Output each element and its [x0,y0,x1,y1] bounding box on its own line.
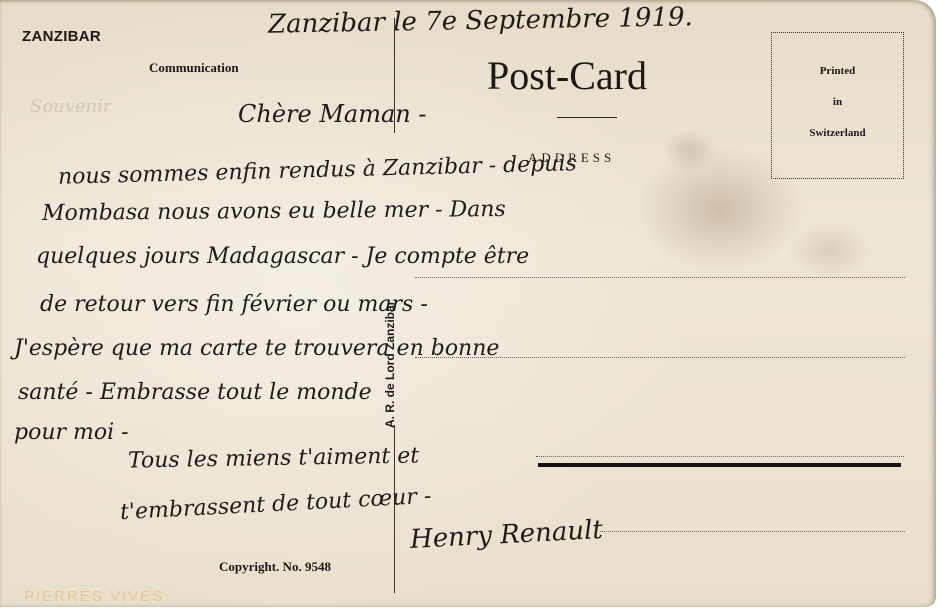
stamp-text-printed: Printed [772,65,903,77]
publisher-imprint: A. R. de Lord Zanzibar [383,301,397,428]
postcard-title: Post-Card [487,52,647,99]
country-rule [538,463,901,467]
handwritten-signature: Henry Renault [409,515,603,555]
handwritten-body-line: pour moi - [14,420,129,445]
stamp-text-in: in [772,96,903,108]
communication-label: Communication [149,60,239,76]
copyright-notice: Copyright. No. 9548 [219,559,331,575]
handwritten-dateline: Zanzibar le 7e Septembre 1919. [268,2,693,39]
address-line [415,277,905,278]
title-rule [557,117,617,118]
stamp-text-country: Switzerland [772,127,903,139]
handwritten-body-line: quelques jours Madagascar - Je compte êt… [36,244,529,269]
handwritten-body-line: santé - Embrasse tout le monde [18,380,372,405]
handwritten-salutation: Chère Maman - [238,100,426,128]
stamp-box: Printed in Switzerland [771,32,904,179]
address-line [536,456,904,457]
address-line [600,531,905,532]
handwritten-body-line: nous sommes enfin rendus à Zanzibar - de… [58,151,577,190]
handwritten-body-line: J'espère que ma carte te trouvera en bon… [14,336,499,361]
faint-pencil-note: Souvenir [30,96,112,117]
watermark: PIERRES VIVES [24,588,164,605]
brand-label: ZANZIBAR [22,28,101,45]
postcard-back: Souvenir ZANZIBAR Communication Post-Car… [0,0,936,607]
handwritten-body-line: de retour vers fin février ou mars - [40,292,428,317]
handwritten-body-line: Tous les miens t'aiment et [128,443,420,473]
handwritten-body-line: Mombasa nous avons eu belle mer - Dans [42,197,506,226]
handwritten-body-line: t'embrassent de tout cœur - [120,484,432,525]
